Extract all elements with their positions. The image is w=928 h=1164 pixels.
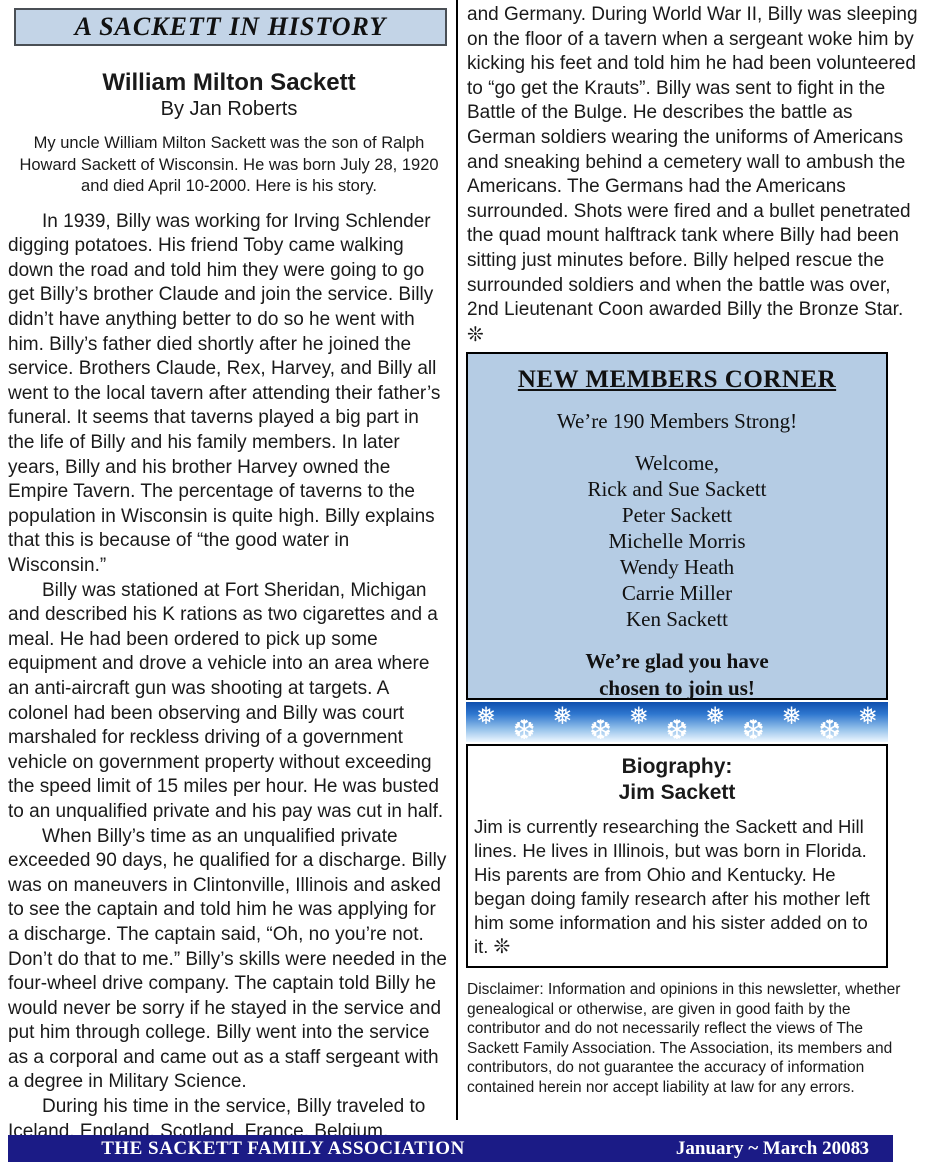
snowflake-icon: ❅: [629, 705, 649, 729]
member-name: Ken Sackett: [468, 606, 886, 632]
member-name: Michelle Morris: [468, 528, 886, 554]
biography-body-text: Jim is currently researching the Sackett…: [474, 816, 870, 957]
footer-page-number: 3: [860, 1138, 870, 1160]
members-closing: We’re glad you have chosen to join us!: [468, 648, 886, 702]
biography-title-line: Jim Sackett: [468, 780, 886, 806]
new-members-list: Welcome, Rick and Sue Sackett Peter Sack…: [468, 450, 886, 632]
article-intro: My uncle William Milton Sackett was the …: [12, 133, 446, 197]
article-byline: By Jan Roberts: [8, 98, 450, 121]
end-of-article-icon: ❊: [494, 936, 511, 958]
footer-date-range: January ~ March 2008: [623, 1138, 913, 1160]
snowflake-icon: ❅: [705, 705, 725, 729]
new-members-corner-box: NEW MEMBERS CORNER We’re 190 Members Str…: [466, 352, 888, 700]
biography-box: Biography: Jim Sackett Jim is currently …: [466, 744, 888, 968]
snowflake-icon: ❆: [818, 717, 841, 743]
new-members-title: NEW MEMBERS CORNER: [468, 366, 886, 394]
section-banner-title: A SACKETT IN HISTORY: [75, 12, 387, 42]
newsletter-page: A SACKETT IN HISTORY William Milton Sack…: [0, 0, 928, 1164]
column-divider: [456, 0, 458, 1120]
members-closing-line: chosen to join us!: [468, 675, 886, 702]
snowflake-icon: ❆: [742, 717, 765, 743]
right-column: and Germany. During World War II, Billy …: [467, 0, 922, 348]
disclaimer-text: Disclaimer: Information and opinions in …: [467, 980, 919, 1098]
snowflake-icon: ❆: [589, 717, 612, 743]
members-closing-line: We’re glad you have: [468, 648, 886, 675]
section-banner: A SACKETT IN HISTORY: [14, 8, 447, 46]
member-name: Peter Sackett: [468, 502, 886, 528]
article-paragraph: In 1939, Billy was working for Irving Sc…: [8, 210, 450, 579]
article-title: William Milton Sackett: [8, 70, 450, 96]
snowflake-icon: ❅: [476, 705, 496, 729]
article-paragraph: When Billy’s time as an unqualified priv…: [8, 825, 450, 1096]
left-column: A SACKETT IN HISTORY William Milton Sack…: [8, 0, 450, 1144]
footer-bar: THE SACKETT FAMILY ASSOCIATION January ~…: [8, 1135, 893, 1162]
article-continuation-text: and Germany. During World War II, Billy …: [467, 4, 918, 320]
member-name: Carrie Miller: [468, 580, 886, 606]
welcome-line: Welcome,: [468, 450, 886, 476]
snowflake-icon: ❆: [666, 717, 689, 743]
snowflake-icon: ❅: [858, 705, 878, 729]
end-of-article-icon: ❊: [467, 324, 484, 346]
snowflake-divider-band: ❅ ❆ ❅ ❆ ❅ ❆ ❅ ❆ ❅ ❆ ❅: [466, 702, 888, 742]
article-continuation: and Germany. During World War II, Billy …: [467, 3, 922, 348]
biography-title-line: Biography:: [468, 754, 886, 780]
member-name: Wendy Heath: [468, 554, 886, 580]
article-paragraph: Billy was stationed at Fort Sheridan, Mi…: [8, 579, 450, 825]
article-body: In 1939, Billy was working for Irving Sc…: [8, 210, 450, 1145]
snowflake-icon: ❅: [552, 705, 572, 729]
biography-body: Jim is currently researching the Sackett…: [474, 815, 880, 959]
footer-association-name: THE SACKETT FAMILY ASSOCIATION: [38, 1138, 528, 1160]
members-strong-line: We’re 190 Members Strong!: [468, 409, 886, 434]
snowflake-icon: ❅: [781, 705, 801, 729]
member-name: Rick and Sue Sackett: [468, 476, 886, 502]
biography-title: Biography: Jim Sackett: [468, 754, 886, 806]
snowflake-icon: ❆: [513, 717, 536, 743]
